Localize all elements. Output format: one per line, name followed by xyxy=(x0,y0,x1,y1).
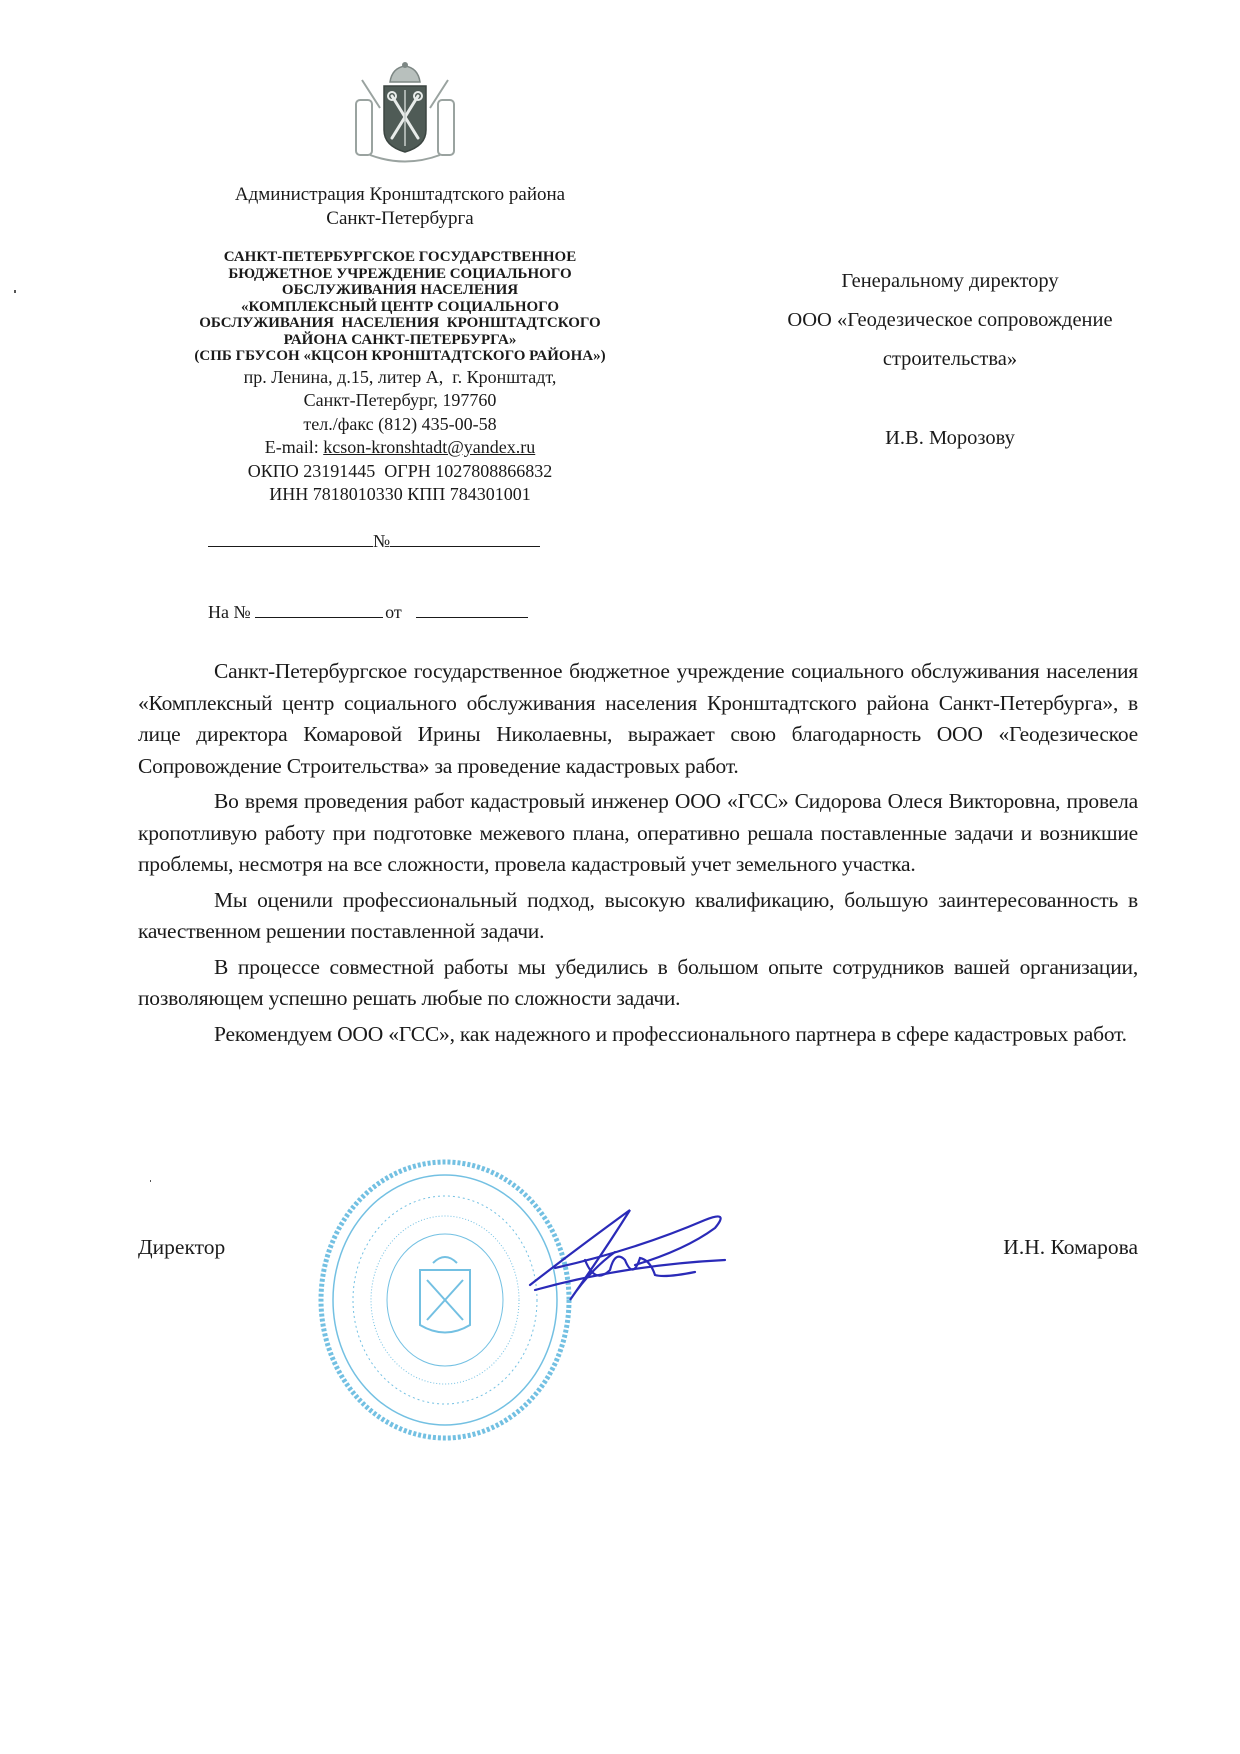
scan-speck xyxy=(14,290,16,293)
inn-kpp: ИНН 7818010330 КПП 784301001 xyxy=(160,483,640,507)
paragraph: Санкт-Петербургское государственное бюдж… xyxy=(138,656,1138,782)
paragraph: В процессе совместной работы мы убедилис… xyxy=(138,952,1138,1015)
outgoing-number-blank xyxy=(390,530,540,547)
org-line: БЮДЖЕТНОЕ УЧРЕЖДЕНИЕ СОЦИАЛЬНОГО xyxy=(160,266,640,283)
paragraph: Рекомендуем ООО «ГСС», как надежного и п… xyxy=(138,1019,1138,1051)
org-line: ОБСЛУЖИВАНИЯ НАСЕЛЕНИЯ КРОНШТАДТСКОГО xyxy=(160,315,640,332)
coat-of-arms-emblem xyxy=(340,60,470,165)
email-row: E-mail: kcson-kronshtadt@yandex.ru xyxy=(160,436,640,460)
recipient-block: Генеральному директору ООО «Геодезическо… xyxy=(740,262,1160,458)
address-line-2: Санкт-Петербург, 197760 xyxy=(160,389,640,413)
outgoing-date-blank xyxy=(208,530,373,547)
recipient-name: И.В. Морозову xyxy=(740,419,1160,458)
outgoing-number-line: № xyxy=(160,507,640,578)
recipient-company: ООО «Геодезическое сопровождение xyxy=(740,301,1160,340)
okpo-ogrn: ОКПО 23191445 ОГРН 1027808866832 xyxy=(160,460,640,484)
administration-line-2: Санкт-Петербурга xyxy=(160,207,640,231)
phone: тел./факс (812) 435-00-58 xyxy=(160,413,640,437)
recipient-company-cont: строительства» xyxy=(740,340,1160,379)
org-line: САНКТ-ПЕТЕРБУРГСКОЕ ГОСУДАРСТВЕННОЕ xyxy=(160,249,640,266)
signatory-title: Директор xyxy=(138,1235,225,1260)
email-link[interactable]: kcson-kronshtadt@yandex.ru xyxy=(323,437,535,457)
from-label: от xyxy=(385,602,402,622)
letter-body: Санкт-Петербургское государственное бюдж… xyxy=(138,656,1138,1054)
reference-date-blank xyxy=(416,601,528,618)
reference-number-blank xyxy=(255,601,383,618)
contacts: пр. Ленина, д.15, литер А, г. Кронштадт,… xyxy=(160,366,640,507)
number-sign: № xyxy=(373,531,390,551)
recipient-position: Генеральному директору xyxy=(740,262,1160,301)
letterhead: Администрация Кронштадтского района Санк… xyxy=(160,183,640,648)
administration-line-1: Администрация Кронштадтского района xyxy=(160,183,640,207)
org-line: «КОМПЛЕКСНЫЙ ЦЕНТР СОЦИАЛЬНОГО xyxy=(160,299,640,316)
org-line: РАЙОНА САНКТ-ПЕТЕРБУРГА» xyxy=(160,332,640,349)
signatory-name: И.Н. Комарова xyxy=(1003,1235,1138,1260)
org-line: ОБСЛУЖИВАНИЯ НАСЕЛЕНИЯ xyxy=(160,282,640,299)
paragraph: Мы оценили профессиональный подход, высо… xyxy=(138,885,1138,948)
address-line-1: пр. Ленина, д.15, литер А, г. Кронштадт, xyxy=(160,366,640,390)
paragraph: Во время проведения работ кадастровый ин… xyxy=(138,786,1138,881)
signature-row: Директор И.Н. Комарова xyxy=(138,1235,1138,1275)
org-line: (СПБ ГБУСОН «КЦСОН КРОНШТАДТСКОГО РАЙОНА… xyxy=(160,348,640,365)
email-label: E-mail: xyxy=(265,437,323,457)
scan-speck xyxy=(150,1180,151,1182)
reference-number-line: На № от xyxy=(160,577,640,648)
organization-name: САНКТ-ПЕТЕРБУРГСКОЕ ГОСУДАРСТВЕННОЕ БЮДЖ… xyxy=(160,249,640,365)
reference-label: На № xyxy=(208,602,251,622)
